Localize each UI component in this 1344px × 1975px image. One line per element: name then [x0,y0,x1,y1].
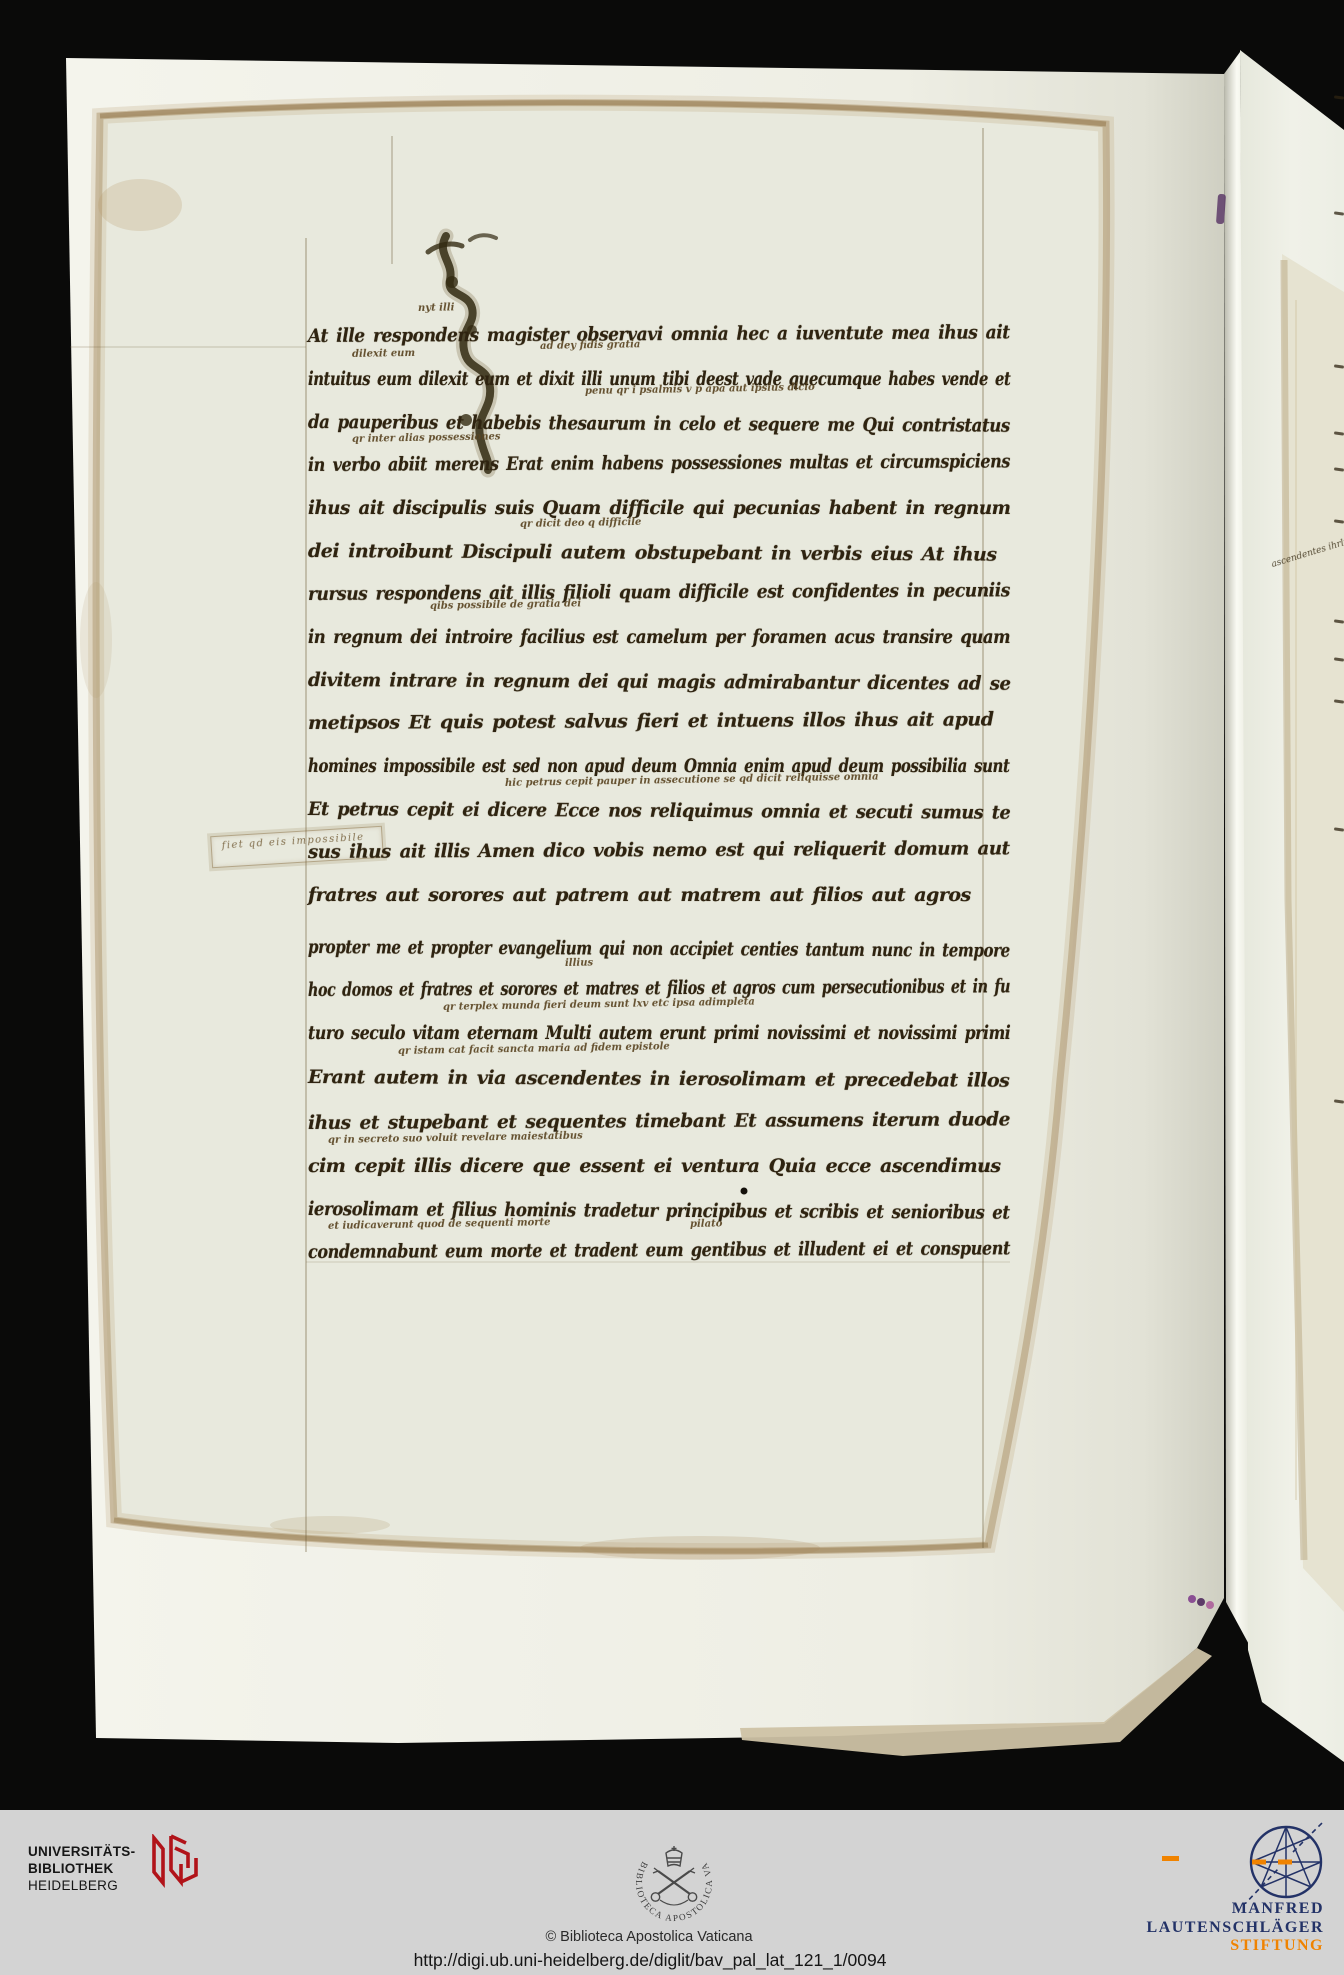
manuscript-line: in verbo abiit merens Erat enim habens p… [308,450,1010,476]
stiftung-line-2: LAUTENSCHLÄGER [1124,1919,1324,1938]
manuscript-line: in regnum dei introire facilius est came… [308,626,1010,648]
svg-text:BIBLIOTECA APOSTOLICA VATICANA: BIBLIOTECA APOSTOLICA VATICANA [592,1839,714,1923]
interlinear-gloss: qr inter alias possessiones [352,431,501,445]
stiftung-globe-icon [1241,1822,1331,1904]
facing-page-ink-mark [1334,211,1344,215]
manuscript-line: homines impossibile est sed non apud deu… [308,755,1010,777]
manuscript-text-layer: fiet qd eis impossibile ascendentes ihrl… [0,0,1344,1810]
facing-page-ink-mark [1334,699,1344,703]
manuscript-line: Et petrus cepit ei dicere Ecce nos reliq… [308,798,1010,824]
manuscript-line: fratres aut sorores aut patrem aut matre… [308,884,971,906]
interlinear-gloss: illius [565,958,593,969]
stiftung-line-1: MANFRED [1124,1900,1324,1919]
ub-line-1: UNIVERSITÄTS- [28,1843,135,1860]
ub-line-2: BIBLIOTHEK [28,1860,135,1877]
digitization-footer-banner: UNIVERSITÄTS- BIBLIOTHEK HEIDELBERG BIBL… [0,1810,1344,1975]
facing-page-ink-mark [1334,1099,1344,1103]
manuscript-line: sus ihus ait illis Amen dico vobis nemo … [308,837,1010,863]
manuscript-line: hoc domos et fratres et sorores et matre… [308,975,1010,1001]
vatican-emblem-arc-text: BIBLIOTECA APOSTOLICA VATICANA [592,1839,714,1923]
facing-page-ink-mark [1334,431,1344,435]
ub-heidelberg-wordmark: UNIVERSITÄTS- BIBLIOTHEK HEIDELBERG [28,1843,135,1894]
facing-page-ink-mark [1334,657,1344,661]
facing-page-ink-mark [1334,467,1344,471]
manuscript-line: divitem intrare in regnum dei qui magis … [308,669,1011,695]
manuscript-line: At ille respondens magister observavi om… [308,321,1010,347]
manuscript-line: metipsos Et quis potest salvus fieri et … [308,708,994,734]
vatican-library-emblem: BIBLIOTECA APOSTOLICA VATICANA [592,1839,756,1931]
manuscript-line: ihus et stupebant et sequentes timebant … [308,1108,1010,1134]
vatican-copyright: © Biblioteca Apostolica Vaticana [545,1929,752,1945]
facing-page-ink-mark [1334,619,1344,623]
facing-page-ink-mark [1334,95,1344,99]
manuscript-line: Erant autem in via ascendentes in ieroso… [308,1066,1009,1092]
digitized-manuscript-viewer-page: fiet qd eis impossibile ascendentes ihrl… [0,0,1344,1975]
ub-line-3: HEIDELBERG [28,1877,135,1894]
source-url: http://digi.ub.uni-heidelberg.de/diglit/… [414,1950,887,1971]
manuscript-line: cim cepit illis dicere que essent ei ven… [308,1155,1001,1177]
crossed-keys-tiara-icon [651,1846,696,1905]
manuscript-line: propter me et propter evangelium qui non… [308,936,1010,962]
stiftung-orange-dash [1162,1856,1179,1861]
manuscript-line: rursus respondens ait illis filioli quam… [308,579,1010,605]
facing-page-ink-mark [1334,827,1344,831]
manuscript-line: condemnabunt eum morte et tradent eum ge… [308,1237,1010,1263]
interlinear-gloss: ad dey fidis gratia [540,339,641,352]
stiftung-wordmark: MANFRED LAUTENSCHLÄGER STIFTUNG [1124,1900,1324,1956]
manuscript-line: dei introibunt Discipuli autem obstupeba… [308,540,997,566]
interlinear-gloss: nyt illi [418,302,455,314]
interlinear-gloss: qr dicit deo q difficile [520,517,642,530]
interlinear-gloss: pilato [690,1218,723,1230]
facing-page-marginalia: ascendentes ihrlm [1270,536,1344,570]
facing-page-ink-mark [1334,364,1344,368]
facing-page-ink-mark [1334,519,1344,523]
interlinear-gloss: qibs possibile de gratia dei [430,598,581,612]
manuscript-line: ihus ait discipulis suis Quam difficile … [308,497,1010,519]
ub-heidelberg-book-icon [140,1834,202,1896]
interlinear-gloss: dilexit eum [352,348,415,360]
stiftung-line-3: STIFTUNG [1124,1937,1324,1956]
